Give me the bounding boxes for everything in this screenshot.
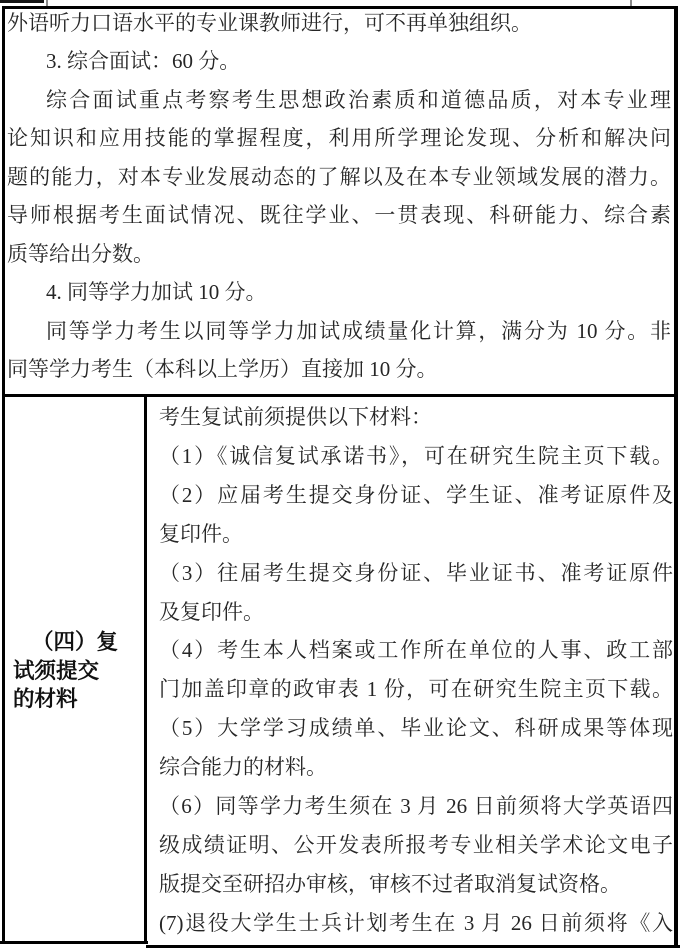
document-page: 外语听力口语水平的专业课教师进行，可不再单独组织。3. 综合面试：60 分。综合…: [0, 0, 680, 951]
text-line: 综合能力的材料。: [159, 748, 673, 787]
text-line: 的材料: [13, 685, 141, 714]
text-line: (7)退役大学生士兵计划考生在 3 月 26 日前须将《入: [159, 904, 673, 943]
text-line: 论知识和应用技能的掌握程度，利用所学理论发现、分析和解决问: [7, 119, 671, 157]
text-line: 复印件。: [159, 515, 673, 554]
text-line: （6）同等学力考生须在 3 月 26 日前须将大学英语四: [159, 787, 673, 826]
text-line: 外语听力口语水平的专业课教师进行，可不再单独组织。: [7, 4, 671, 42]
text-line: 门加盖印章的政审表 1 份，可在研究生院主页下载。: [159, 670, 673, 709]
top-edge-border-remnant: [0, 0, 44, 3]
text-line: 质等给出分数。: [7, 235, 671, 273]
text-line: （3）往届考生提交身份证、毕业证书、准考证原件: [159, 554, 673, 593]
top-section-text: 外语听力口语水平的专业课教师进行，可不再单独组织。3. 综合面试：60 分。综合…: [7, 4, 671, 389]
text-line: 级成绩证明、公开发表所报考专业相关学术论文电子: [159, 826, 673, 865]
table-border-bottom-left: [0, 941, 148, 944]
text-line: 版提交至研招办审核，审核不过者取消复试资格。: [159, 865, 673, 904]
text-line: （四）复: [13, 628, 141, 657]
text-line: 4. 同等学力加试 10 分。: [7, 273, 671, 311]
text-line: 试须提交: [13, 657, 141, 686]
text-line: 同等学力考生以同等学力加试成绩量化计算，满分为 10 分。非: [7, 312, 671, 350]
table-row-separator: [2, 394, 677, 397]
table-row-content-cell: 考生复试前须提供以下材料：（1）《诚信复试承诺书》，可在研究生院主页下载。（2）…: [159, 398, 673, 943]
text-line: （4）考生本人档案或工作所在单位的人事、政工部: [159, 631, 673, 670]
table-border-bottom-right: [146, 945, 680, 948]
table-row-label-cell: （四）复试须提交的材料: [13, 628, 141, 714]
text-line: 同等学力考生（本科以上学历）直接加 10 分。: [7, 350, 671, 388]
table-border-right: [674, 6, 678, 947]
table-column-separator: [144, 394, 147, 943]
text-line: 导师根据考生面试情况、既往学业、一贯表现、科研能力、综合素: [7, 196, 671, 234]
text-line: 3. 综合面试：60 分。: [7, 42, 671, 80]
text-line: 考生复试前须提供以下材料：: [159, 398, 673, 437]
text-line: 及复印件。: [159, 593, 673, 632]
text-line: （2）应届考生提交身份证、学生证、准考证原件及: [159, 476, 673, 515]
text-line: 综合面试重点考察考生思想政治素质和道德品质，对本专业理: [7, 81, 671, 119]
text-line: （1）《诚信复试承诺书》，可在研究生院主页下载。: [159, 437, 673, 476]
text-line: （5）大学学习成绩单、毕业论文、科研成果等体现: [159, 709, 673, 748]
text-line: 题的能力，对本专业发展动态的了解以及在本专业领域发展的潜力。: [7, 158, 671, 196]
table-border-left: [2, 6, 5, 943]
